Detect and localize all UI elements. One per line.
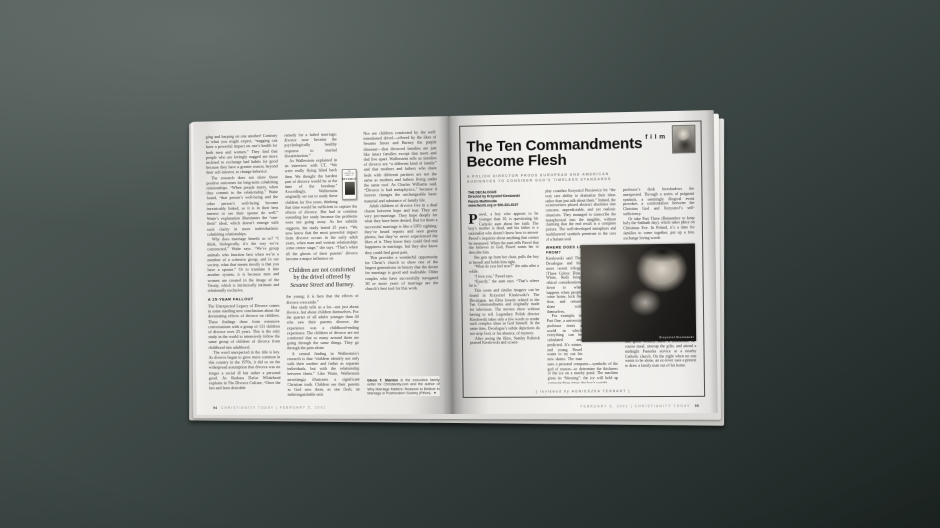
left-page-footer: 94CHRISTIANITY TODAY | FEBRUARY 5, 2001: [209, 406, 326, 410]
film-section-photo-icon: [672, 125, 696, 154]
right-page-columns: THE DECALOGUEDirected by Krzysztof Kiesl…: [468, 187, 697, 384]
right-col-3-top: professor’s desk foreshadows the unexpec…: [623, 187, 695, 241]
right-col-1-body: Pawel, a boy who appears to be younger t…: [468, 212, 540, 346]
film-credits: THE DECALOGUEDirected by Krzysztof Kiesl…: [468, 189, 538, 207]
pull-quote-text: Children are not comforted by the drivel…: [289, 266, 355, 281]
left-page-columns: ging and harping on one another! Contrar…: [206, 129, 440, 397]
right-col-3-bottom: and good wishes, share a traditional 12-…: [625, 339, 697, 368]
magazine-spread: ging and harping on one another! Contrar…: [193, 110, 718, 415]
pull-quote-italic: Sesame Street: [290, 281, 324, 288]
scene: ging and harping on one another! Contrar…: [0, 0, 940, 528]
right-page: film The Ten CommandmentsBecome Flesh A …: [449, 110, 718, 414]
film-section-label: film: [645, 133, 668, 141]
book-cover-image: THE UNEXPECTED LEGACY OF DIVORCE: [342, 169, 357, 200]
end-of-article-mark: ✦: [433, 391, 436, 395]
book-cover-title: DIVORCE: [342, 178, 357, 181]
left-footer-text: CHRISTIANITY TODAY | FEBRUARY 5, 2001: [221, 406, 326, 410]
author-bio: Glenn T. Stanton is the executive family…: [367, 376, 440, 397]
author-name: Glenn T. Stanton: [367, 378, 400, 382]
left-page: ging and harping on one another! Contrar…: [193, 116, 453, 415]
kieslowski-photo: Krzysztof Kieslowski: [580, 244, 696, 342]
article-frame: film The Ten CommandmentsBecome Flesh A …: [459, 120, 705, 397]
left-col-1: ging and harping on one another! Contrar…: [206, 133, 281, 397]
title-line-2: Become Flesh: [467, 151, 567, 170]
pull-quote: Children are not comforted by the drivel…: [286, 266, 359, 289]
left-page-number: 94: [213, 406, 217, 410]
photo-caption: Krzysztof Kieslowski: [659, 336, 694, 339]
right-page-footer: FEBRUARY 5, 2001 | CHRISTIANITY TODAY95: [580, 404, 703, 409]
left-col-2-bottom: the young; it is here that the effects o…: [286, 293, 360, 396]
pull-quote-tail: and Barney.: [324, 281, 355, 288]
article-subtitle: A POLISH DIRECTOR PRODS EUROPEAN AND AME…: [467, 172, 620, 186]
right-col-1: THE DECALOGUEDirected by Krzysztof Kiesl…: [468, 189, 541, 383]
section-header: film: [645, 125, 696, 154]
reviewer-credit: [ reviewed by AGNIESZKA TENNANT ]: [464, 389, 704, 394]
book-cover-photo: [344, 182, 354, 195]
book-cover-subtitle: THE UNEXPECTED LEGACY OF: [343, 172, 355, 178]
right-page-number: 95: [695, 404, 699, 408]
left-col-3: Nor are children comforted by the well-i…: [363, 129, 439, 396]
right-footer-text: FEBRUARY 5, 2001 | CHRISTIANITY TODAY: [580, 404, 690, 408]
